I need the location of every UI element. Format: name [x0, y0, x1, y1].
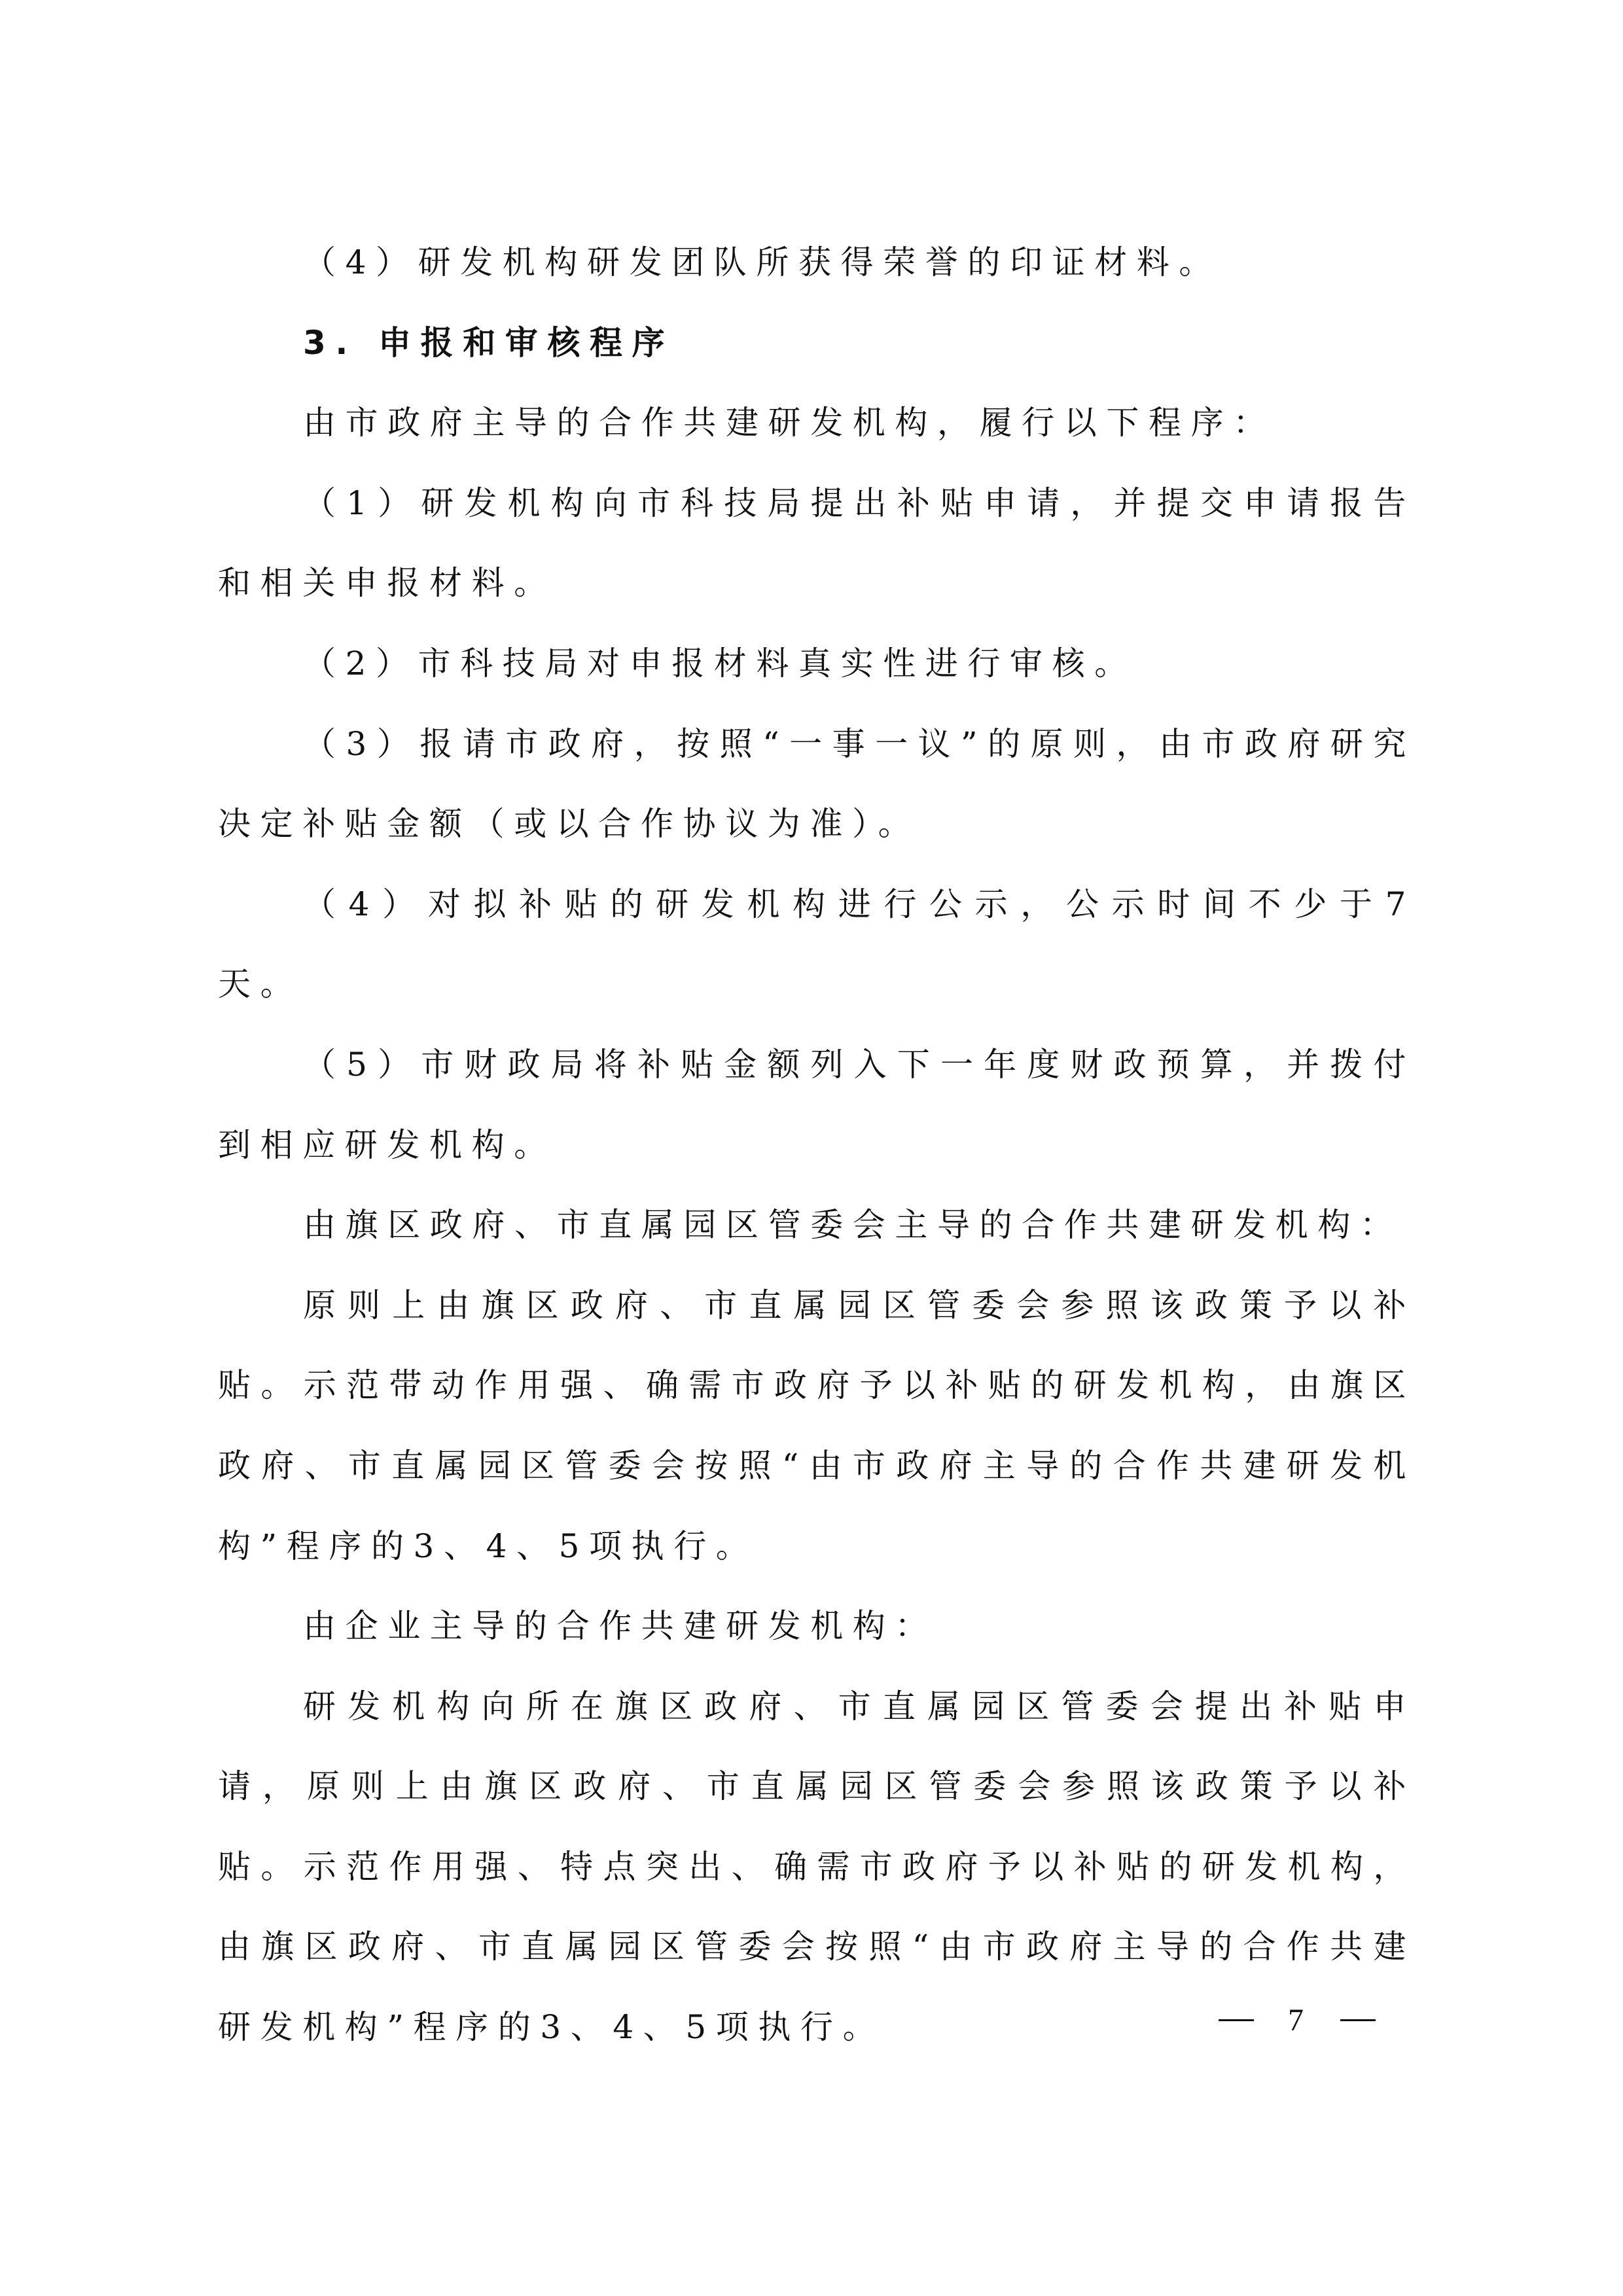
paragraph-evidence-item-4: （4）研发机构研发团队所获得荣誉的印证材料。 [218, 222, 1416, 303]
paragraph-step-5: （5）市财政局将补贴金额列入下一年度财政预算，并拨付到相应研发机构。 [218, 1025, 1416, 1185]
document-page: （4）研发机构研发团队所获得荣誉的印证材料。 3. 申报和审核程序 由市政府主导… [0, 0, 1623, 2296]
page-number-left-dash [1219, 2019, 1254, 2021]
paragraph-district-led-intro: 由旗区政府、市直属园区管委会主导的合作共建研发机构： [218, 1185, 1416, 1265]
paragraph-district-led-rule: 原则上由旗区政府、市直属园区管委会参照该政策予以补贴。示范带动作用强、确需市政府… [218, 1265, 1416, 1586]
paragraph-step-1: （1）研发机构向市科技局提出补贴申请，并提交申请报告和相关申报材料。 [218, 463, 1416, 624]
paragraph-enterprise-led-intro: 由企业主导的合作共建研发机构： [218, 1586, 1416, 1667]
page-number-value: 7 [1288, 2002, 1306, 2038]
page-number-right-dash [1340, 2019, 1376, 2021]
paragraph-step-4: （4）对拟补贴的研发机构进行公示，公示时间不少于7天。 [218, 864, 1416, 1025]
paragraph-city-led-intro: 由市政府主导的合作共建研发机构，履行以下程序： [218, 383, 1416, 463]
document-body: （4）研发机构研发团队所获得荣誉的印证材料。 3. 申报和审核程序 由市政府主导… [218, 222, 1416, 2068]
paragraph-step-2: （2）市科技局对申报材料真实性进行审核。 [218, 624, 1416, 704]
section-heading-application-procedure: 3. 申报和审核程序 [218, 303, 1416, 383]
page-number: 7 [1219, 2002, 1376, 2038]
paragraph-step-3: （3）报请市政府，按照“一事一议”的原则，由市政府研究决定补贴金额（或以合作协议… [218, 704, 1416, 864]
